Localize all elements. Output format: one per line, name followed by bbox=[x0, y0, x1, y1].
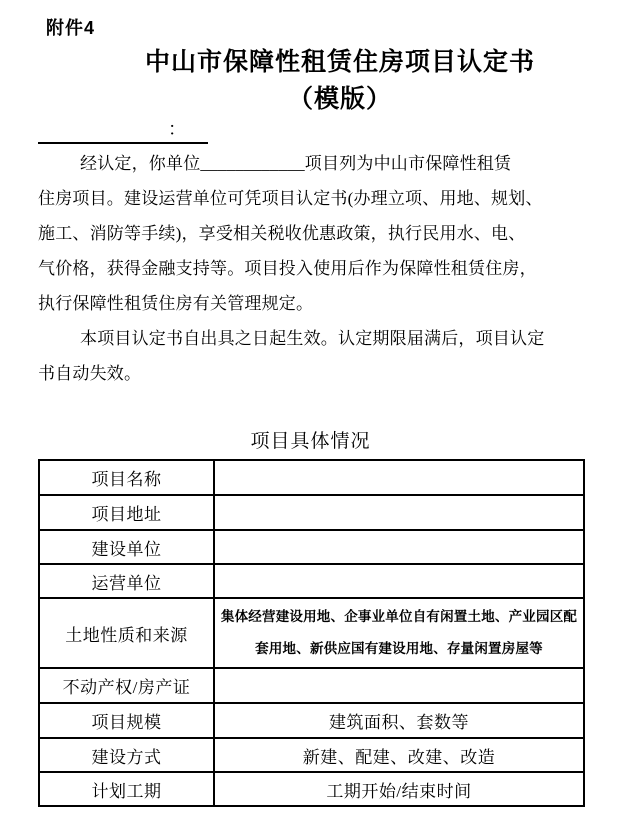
row-value bbox=[214, 564, 584, 598]
row-value: 工期开始/结束时间 bbox=[214, 772, 584, 806]
row-value bbox=[214, 530, 584, 564]
row-label: 计划工期 bbox=[39, 772, 214, 806]
document-title: 中山市保障性租赁住房项目认定书 bbox=[50, 44, 630, 81]
row-label: 土地性质和来源 bbox=[39, 598, 214, 668]
body-line: 施工、消防等手续)，享受相关税收优惠政策，执行民用水、电、 bbox=[38, 216, 583, 251]
row-label: 运营单位 bbox=[39, 564, 214, 598]
salutation-blank-line: ： bbox=[38, 116, 208, 144]
table-row: 建设方式 新建、配建、改建、改造 bbox=[39, 738, 584, 772]
body-line: 经认定，你单位____________项目列为中山市保障性租赁 bbox=[38, 146, 583, 181]
table-row: 项目名称 bbox=[39, 460, 584, 495]
body-text: 经认定，你单位____________项目列为中山市保障性租赁 住房项目。建设运… bbox=[38, 146, 583, 391]
row-label: 项目规模 bbox=[39, 703, 214, 738]
table-row: 计划工期 工期开始/结束时间 bbox=[39, 772, 584, 806]
row-label: 项目地址 bbox=[39, 495, 214, 530]
row-label: 项目名称 bbox=[39, 460, 214, 495]
table-row: 项目地址 bbox=[39, 495, 584, 530]
row-value bbox=[214, 668, 584, 703]
body-line: 气价格，获得金融支持等。项目投入使用后作为保障性租赁住房， bbox=[38, 251, 583, 286]
body-line: 执行保障性租赁住房有关管理规定。 bbox=[38, 286, 583, 321]
row-label: 建设单位 bbox=[39, 530, 214, 564]
land-source-line: 集体经营建设用地、企事业单位自有闲置土地、产业园区配 bbox=[215, 601, 583, 633]
row-value: 建筑面积、套数等 bbox=[214, 703, 584, 738]
document-subtitle: （模版） bbox=[50, 81, 630, 118]
body-line: 住房项目。建设运营单位可凭项目认定书(办理立项、用地、规划、 bbox=[38, 181, 583, 216]
table-row: 运营单位 bbox=[39, 564, 584, 598]
row-value bbox=[214, 460, 584, 495]
land-source-line: 套用地、新供应国有建设用地、存量闲置房屋等 bbox=[215, 633, 583, 665]
land-source-value: 集体经营建设用地、企事业单位自有闲置土地、产业园区配 套用地、新供应国有建设用地… bbox=[215, 601, 583, 665]
row-value: 新建、配建、改建、改造 bbox=[214, 738, 584, 772]
table-row: 土地性质和来源 集体经营建设用地、企事业单位自有闲置土地、产业园区配 套用地、新… bbox=[39, 598, 584, 668]
row-value: 集体经营建设用地、企事业单位自有闲置土地、产业园区配 套用地、新供应国有建设用地… bbox=[214, 598, 584, 668]
salutation-colon: ： bbox=[168, 119, 208, 139]
project-details-table: 项目名称 项目地址 建设单位 运营单位 土地性质和来源 集体经营建设用地、企事业… bbox=[38, 459, 585, 807]
document-page: 附件4 中山市保障性租赁住房项目认定书 （模版） ： 经认定，你单位______… bbox=[0, 0, 630, 815]
table-title: 项目具体情况 bbox=[38, 426, 583, 453]
table-row: 建设单位 bbox=[39, 530, 584, 564]
document-title-block: 中山市保障性租赁住房项目认定书 （模版） bbox=[0, 44, 630, 118]
attachment-label: 附件4 bbox=[46, 14, 95, 40]
table-row: 不动产权/房产证 bbox=[39, 668, 584, 703]
body-line: 本项目认定书自出具之日起生效。认定期限届满后，项目认定 bbox=[38, 321, 583, 356]
row-label: 建设方式 bbox=[39, 738, 214, 772]
body-line: 书自动失效。 bbox=[38, 356, 583, 391]
row-value bbox=[214, 495, 584, 530]
row-label: 不动产权/房产证 bbox=[39, 668, 214, 703]
table-row: 项目规模 建筑面积、套数等 bbox=[39, 703, 584, 738]
